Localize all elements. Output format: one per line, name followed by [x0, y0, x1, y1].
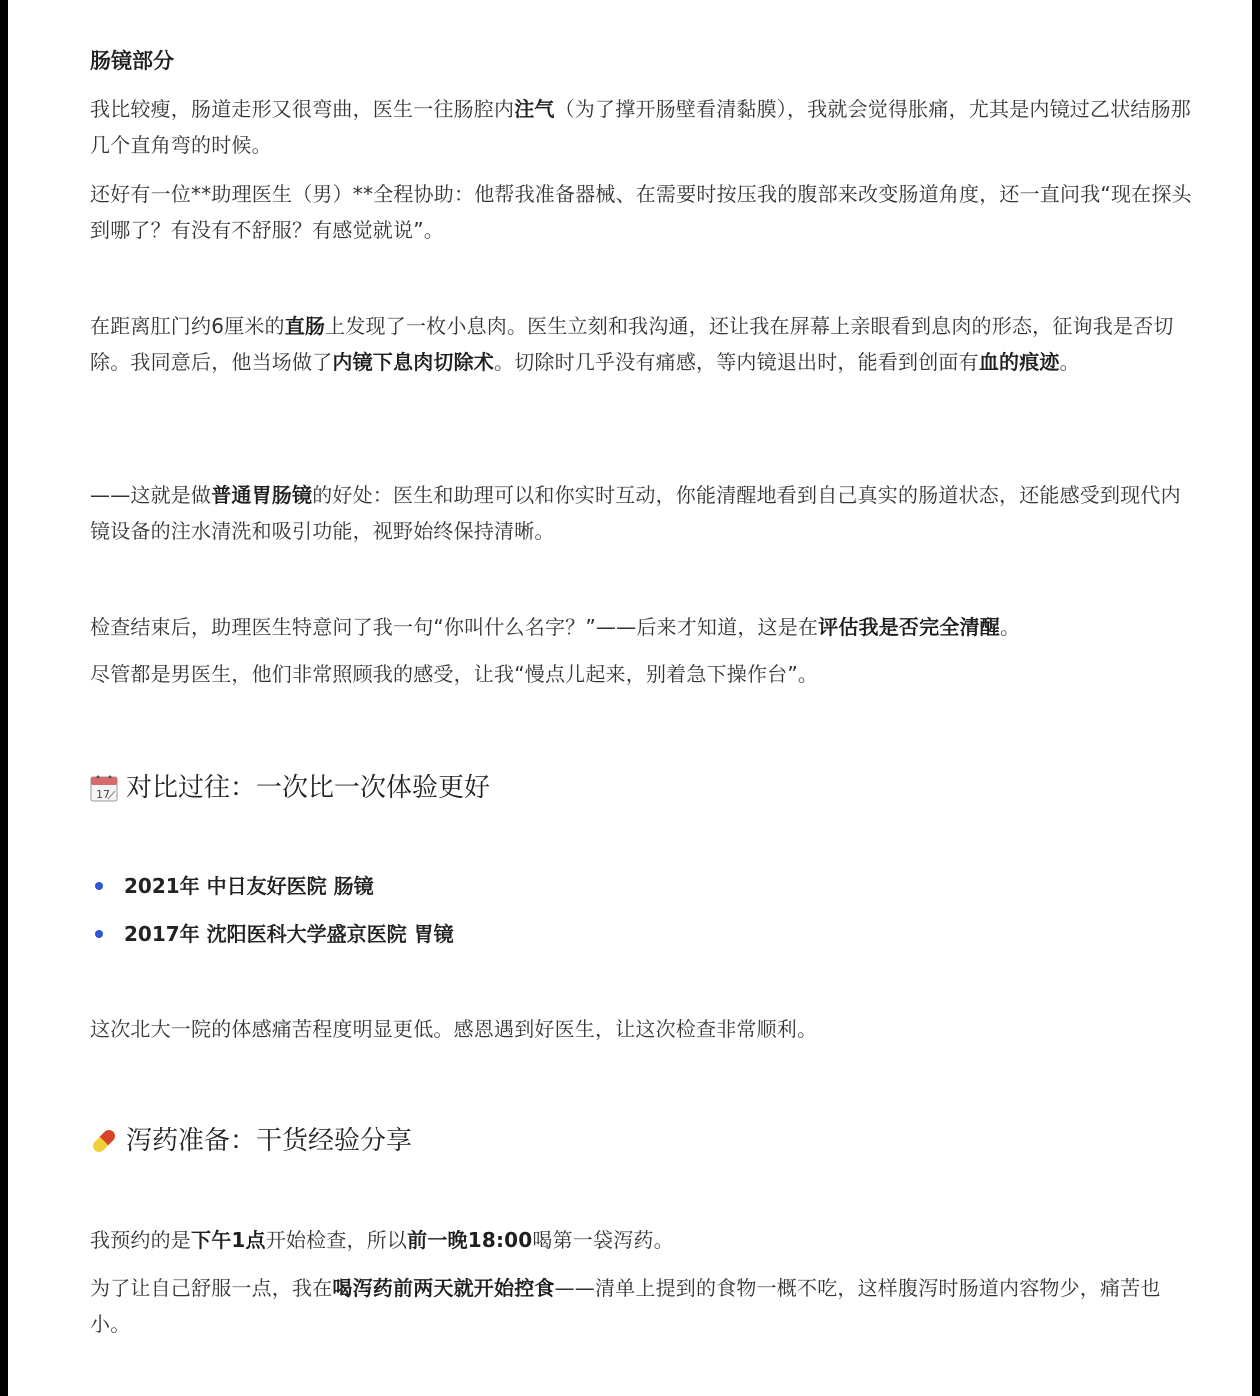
bullet-icon	[95, 930, 103, 938]
list-item: 2017年 沈阳医科大学盛京医院 胃镜	[90, 910, 1200, 958]
paragraph: 在距离肛门约6厘米的直肠上发现了一枚小息肉。医生立刻和我沟通，还让我在屏幕上亲眼…	[90, 308, 1200, 380]
paragraph: 我比较瘦，肠道走形又很弯曲，医生一往肠腔内注气（为了撑开肠壁看清黏膜），我就会觉…	[90, 91, 1200, 163]
document-page: 肠镜部分 我比较瘦，肠道走形又很弯曲，医生一往肠腔内注气（为了撑开肠壁看清黏膜）…	[8, 0, 1252, 1396]
paragraph: ——这就是做普通胃肠镜的好处：医生和助理可以和你实时互动，你能清醒地看到自己真实…	[90, 477, 1200, 549]
paragraph: 我预约的是下午1点开始检查，所以前一晚18:00喝第一袋泻药。	[90, 1222, 1200, 1258]
bold-text: 注气	[514, 97, 554, 121]
list-item: 2021年 中日友好医院 肠镜	[90, 862, 1200, 910]
paragraph: 检查结束后，助理医生特意问了我一句“你叫什么名字？”——后来才知道，这是在评估我…	[90, 609, 1200, 645]
pill-icon	[90, 1127, 118, 1155]
paragraph: 还好有一位**助理医生（男）**全程协助：他帮我准备器械、在需要时按压我的腹部来…	[90, 176, 1200, 248]
svg-text:17: 17	[96, 788, 110, 801]
section-heading-colonoscopy: 肠镜部分	[90, 43, 1200, 79]
paragraph: 为了让自己舒服一点，我在喝泻药前两天就开始控食——清单上提到的食物一概不吃，这样…	[90, 1270, 1200, 1342]
section-heading-compare: 17 对比过往：一次比一次体验更好	[90, 768, 1200, 808]
bullet-icon	[95, 882, 103, 890]
hospital-list: 2021年 中日友好医院 肠镜 2017年 沈阳医科大学盛京医院 胃镜	[90, 862, 1200, 958]
paragraph: 尽管都是男医生，他们非常照顾我的感受，让我“慢点儿起来，别着急下操作台”。	[90, 656, 1200, 692]
paragraph: 这次北大一院的体感痛苦程度明显更低。感恩遇到好医生，让这次检查非常顺利。	[90, 1011, 1200, 1047]
section-heading-laxative: 泻药准备：干货经验分享	[90, 1121, 1200, 1161]
calendar-icon: 17	[90, 774, 118, 802]
